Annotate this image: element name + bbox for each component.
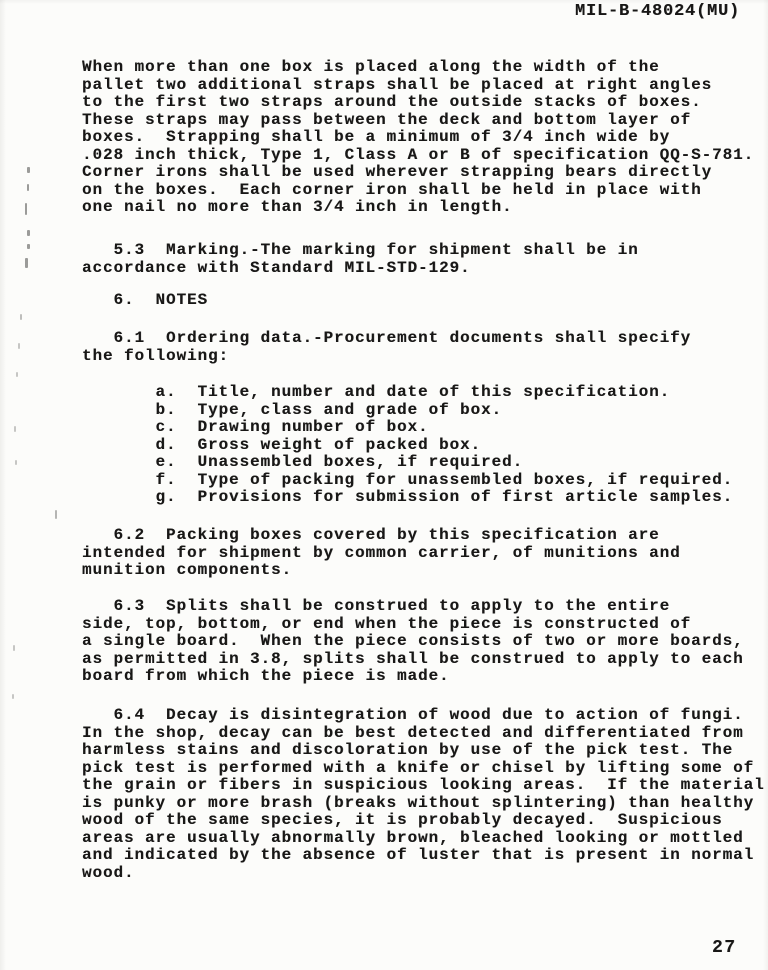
section-6-3-splits: 6.3 Splits shall be construed to apply t… — [82, 598, 744, 686]
scan-artifact — [27, 230, 30, 236]
section-6-1-ordering-data: 6.1 Ordering data.-Procurement documents… — [82, 330, 691, 365]
section-6-2-packing-boxes: 6.2 Packing boxes covered by this specif… — [82, 527, 681, 580]
document-page: MIL-B-48024(MU) When more than one box i… — [0, 0, 768, 970]
scan-artifact — [15, 460, 17, 465]
scan-artifact — [25, 203, 27, 215]
section-6-1-list: a. Title, number and date of this specif… — [82, 384, 733, 507]
scan-artifact — [14, 426, 16, 432]
section-6-notes-heading: 6. NOTES — [82, 292, 208, 310]
scan-artifact — [55, 510, 57, 519]
scan-artifact — [27, 244, 30, 249]
section-6-4-decay: 6.4 Decay is disintegration of wood due … — [82, 707, 765, 882]
section-5-3-marking: 5.3 Marking.-The marking for shipment sh… — [82, 242, 639, 277]
doc-number: MIL-B-48024(MU) — [575, 2, 740, 22]
scan-artifact — [16, 372, 18, 377]
scan-artifact — [27, 167, 30, 173]
scan-artifact — [27, 184, 29, 191]
paragraph-strapping-continuation: When more than one box is placed along t… — [82, 59, 754, 217]
scan-artifact — [25, 258, 28, 268]
scan-artifact — [20, 314, 22, 320]
scan-artifact — [12, 694, 14, 699]
scan-artifact — [18, 343, 20, 349]
scan-artifact — [13, 645, 15, 651]
page-number: 27 — [712, 938, 737, 958]
